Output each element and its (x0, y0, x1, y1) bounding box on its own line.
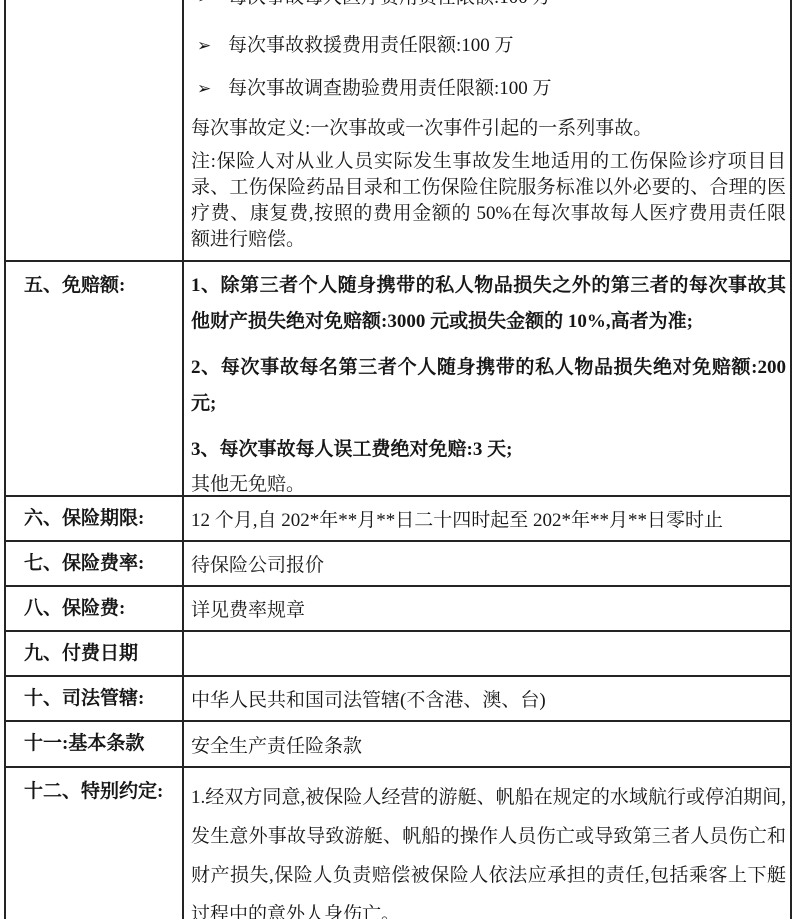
clipped-limit-text: 每次事故每人医疗费用责任限额:100 万 (228, 0, 552, 8)
row-jurisdiction: 十、司法管辖: 中华人民共和国司法管辖(不含港、澳、台) (6, 677, 790, 722)
jurisdiction-label: 十、司法管辖: (6, 677, 184, 720)
row-premium-rate: 七、保险费率: 待保险公司报价 (6, 542, 790, 587)
liability-limits-content: ➢每次事故每人医疗费用责任限额:100 万 ➢每次事故救援费用责任限额:100 … (184, 0, 790, 260)
medical-expense-note-text: 注:保险人对从业人员实际发生事故发生地适用的工伤保险诊疗项目目录、工伤保险药品目… (191, 149, 786, 253)
row-insurance-period: 六、保险期限: 12 个月,自 202*年**月**日二十四时起至 202*年*… (6, 497, 790, 542)
insurance-period-label: 六、保险期限: (6, 497, 184, 540)
deductible-item-2: 2、每次事故每名第三者个人随身携带的私人物品损失绝对免赔额:200 元; (191, 350, 786, 422)
label-cell-empty (6, 0, 184, 260)
special-agreement-value: 1.经双方同意,被保险人经营的游艇、帆船在规定的水域航行或停泊期间,发生意外事故… (184, 768, 790, 919)
row-premium: 八、保险费: 详见费率规章 (6, 587, 790, 632)
deductible-label: 五、免赔额: (6, 262, 184, 495)
investigation-cost-limit-line: ➢每次事故调查勘验费用责任限额:100 万 (191, 78, 786, 100)
insurance-terms-table: ➢每次事故每人医疗费用责任限额:100 万 ➢每次事故救援费用责任限额:100 … (4, 0, 792, 919)
row-liability-limits-continued: ➢每次事故每人医疗费用责任限额:100 万 ➢每次事故救援费用责任限额:100 … (6, 0, 790, 262)
row-deductible: 五、免赔额: 1、除第三者个人随身携带的私人物品损失之外的第三者的每次事故其他财… (6, 262, 790, 497)
jurisdiction-value: 中华人民共和国司法管辖(不含港、澳、台) (184, 677, 790, 720)
deductible-item-1: 1、除第三者个人随身携带的私人物品损失之外的第三者的每次事故其他财产损失绝对免赔… (191, 268, 786, 340)
deductible-item-4: 其他无免赔。 (191, 472, 786, 495)
clipped-text-line: ➢每次事故每人医疗费用责任限额:100 万 (191, 0, 786, 9)
rescue-cost-limit-line: ➢每次事故救援费用责任限额:100 万 (191, 35, 786, 57)
basic-clauses-value: 安全生产责任险条款 (184, 722, 790, 766)
premium-rate-value: 待保险公司报价 (184, 542, 790, 585)
arrow-bullet-icon: ➢ (191, 78, 228, 100)
premium-rate-label: 七、保险费率: (6, 542, 184, 585)
row-special-agreement: 十二、特别约定: 1.经双方同意,被保险人经营的游艇、帆船在规定的水域航行或停泊… (6, 768, 790, 919)
premium-label: 八、保险费: (6, 587, 184, 630)
deductible-item-3: 3、每次事故每人误工费绝对免赔:3 天; (191, 432, 786, 468)
accident-definition-text: 每次事故定义:一次事故或一次事件引起的一系列事故。 (191, 118, 786, 140)
basic-clauses-label: 十一:基本条款 (6, 722, 184, 766)
premium-value: 详见费率规章 (184, 587, 790, 630)
rescue-cost-limit-text: 每次事故救援费用责任限额:100 万 (228, 35, 514, 56)
special-agreement-label: 十二、特别约定: (6, 768, 184, 919)
arrow-bullet-icon: ➢ (191, 0, 228, 9)
investigation-cost-limit-text: 每次事故调查勘验费用责任限额:100 万 (228, 78, 552, 99)
contract-document-page: ➢每次事故每人医疗费用责任限额:100 万 ➢每次事故救援费用责任限额:100 … (0, 0, 800, 919)
payment-date-label: 九、付费日期 (6, 632, 184, 675)
insurance-period-value: 12 个月,自 202*年**月**日二十四时起至 202*年**月**日零时止 (184, 497, 790, 540)
payment-date-value (184, 632, 790, 675)
row-basic-clauses: 十一:基本条款 安全生产责任险条款 (6, 722, 790, 768)
deductible-content: 1、除第三者个人随身携带的私人物品损失之外的第三者的每次事故其他财产损失绝对免赔… (184, 262, 790, 495)
row-payment-date: 九、付费日期 (6, 632, 790, 677)
arrow-bullet-icon: ➢ (191, 35, 228, 57)
